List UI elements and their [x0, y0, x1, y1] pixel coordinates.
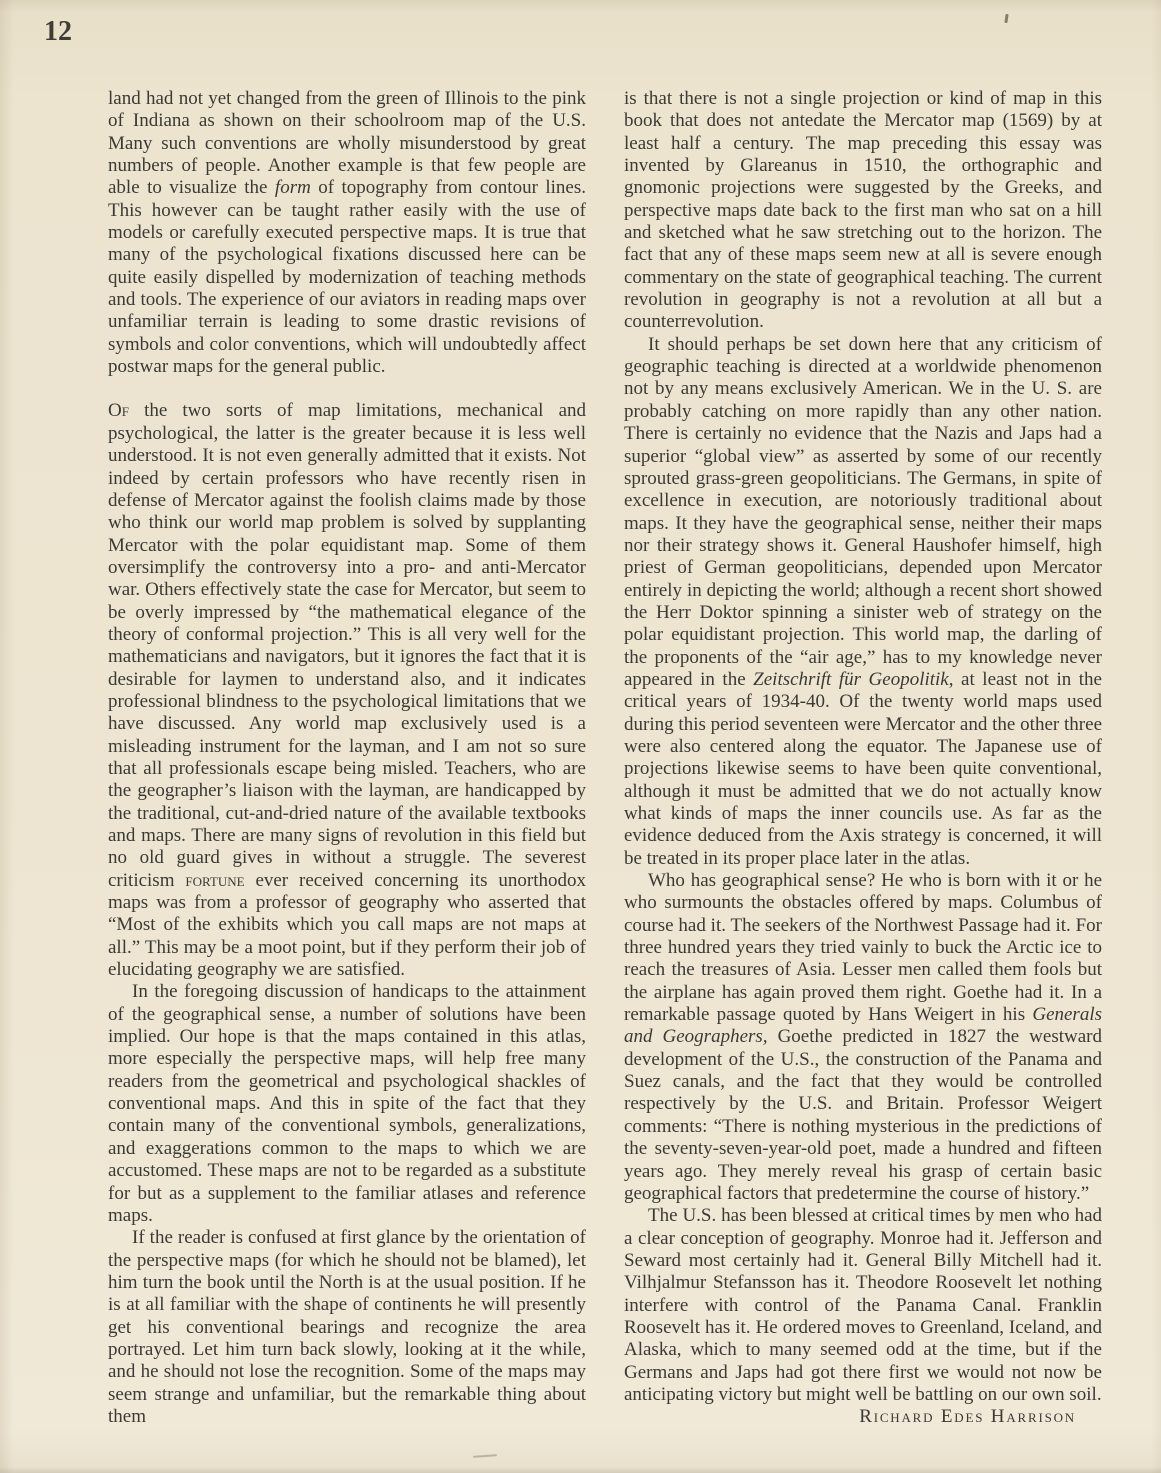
text-segment: Richard Edes Harrison: [859, 1406, 1076, 1427]
paper-streak: [473, 1454, 497, 1458]
paragraph-left-4: If the reader is confused at first glanc…: [108, 1227, 586, 1428]
text-segment: Of: [108, 400, 129, 421]
author-signature: Richard Edes Harrison: [624, 1406, 1102, 1428]
text-segment: , at least not in the critical years of …: [624, 669, 1102, 869]
text-segment: Who has geographical sense? He who is bo…: [624, 870, 1102, 1025]
text-segment: It should perhaps be set down here that …: [624, 334, 1102, 690]
text-segment: is that there is not a single projection…: [624, 88, 1102, 332]
text-segment: of topography from contour lines. This h…: [108, 177, 586, 377]
text-segment: Goethe predicted in 1827 the westward de…: [624, 1026, 1102, 1203]
text-segment: form: [275, 177, 311, 198]
paragraph-right-2: It should perhaps be set down here that …: [624, 334, 1102, 870]
text-column-left: land had not yet changed from the green …: [108, 88, 586, 1429]
text-segment: In the foregoing discussion of handicaps…: [108, 981, 586, 1225]
paragraph-left-3: In the foregoing discussion of handicaps…: [108, 981, 586, 1227]
text-columns: land had not yet changed from the green …: [108, 88, 1102, 1429]
text-column-right: is that there is not a single projection…: [624, 88, 1102, 1429]
text-segment: If the reader is confused at first glanc…: [108, 1227, 586, 1427]
paragraph-right-4: The U.S. has been blessed at critical ti…: [624, 1205, 1102, 1406]
paragraph-right-3: Who has geographical sense? He who is bo…: [624, 870, 1102, 1205]
page-number: 12: [44, 16, 72, 48]
paragraph-left-1: land had not yet changed from the green …: [108, 88, 586, 378]
text-segment: Zeitschrift für Geopolitik: [753, 669, 949, 690]
paragraph-left-2: Of the two sorts of map limitations, mec…: [108, 400, 586, 981]
paragraph-right-1: is that there is not a single projection…: [624, 88, 1102, 334]
text-segment: Fortune: [185, 870, 244, 891]
text-segment: The U.S. has been blessed at critical ti…: [624, 1205, 1102, 1405]
text-segment: the two sorts of map limitations, mechan…: [108, 400, 586, 890]
paper-speck: [1004, 14, 1008, 23]
